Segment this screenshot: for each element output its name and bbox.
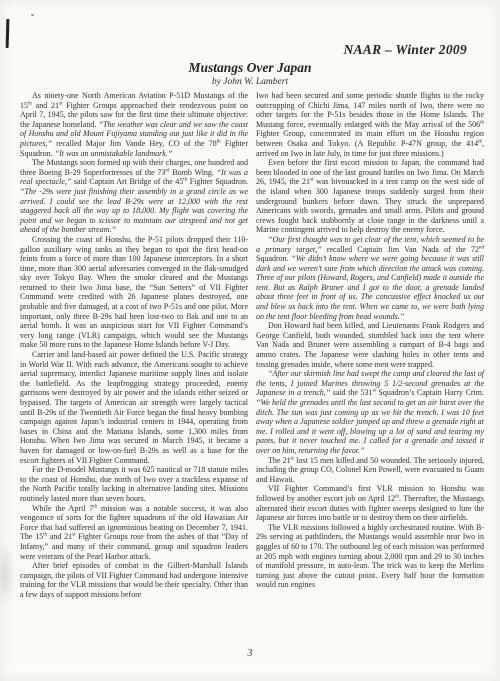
- paragraph: VII Fighter Command’s first VLR mission …: [256, 484, 484, 522]
- paragraph: Iwo had been secured and some periodic s…: [256, 91, 484, 158]
- column-left: As ninety-one North American Aviation P-…: [20, 91, 248, 599]
- paragraph: As ninety-one North American Aviation P-…: [20, 91, 248, 158]
- paragraph: Carrier and land-based air power defined…: [20, 350, 248, 465]
- paragraph: Don Howard had been killed, and Lieutena…: [256, 321, 484, 369]
- journal-masthead: NAAR – Winter 2009: [0, 42, 467, 58]
- paragraph: The VLR missions followed a highly orche…: [256, 523, 484, 590]
- article-title: Mustangs Over Japan: [0, 60, 500, 76]
- paragraph: After brief episodes of combat in the Gi…: [20, 561, 248, 599]
- article-body: As ninety-one North American Aviation P-…: [20, 91, 484, 599]
- scan-artifact-smudge: [0, 540, 16, 610]
- paragraph: Even before the first escort mission to …: [256, 158, 484, 235]
- paragraph: While the April 7th mission was a notabl…: [20, 504, 248, 562]
- paragraph: For the D-model Mustangs it was 625 naut…: [20, 465, 248, 503]
- scan-artifact-dot: [31, 14, 34, 16]
- article-byline: by John W. Lambert: [0, 77, 500, 87]
- paragraph: “After our skirmish line had swept the c…: [256, 369, 484, 455]
- paragraph: Crossing the coast of Honshu, the P-51 p…: [20, 235, 248, 350]
- paragraph: The 21st lost 15 men killed and 50 wound…: [256, 456, 484, 485]
- column-right: Iwo had been secured and some periodic s…: [256, 91, 484, 599]
- page-number: 3: [0, 648, 500, 659]
- paragraph: The Mustangs soon formed up with their c…: [20, 158, 248, 235]
- paragraph: “Our first thought was to get clear of t…: [256, 235, 484, 321]
- scanned-document-page: NAAR – Winter 2009 Mustangs Over Japan b…: [0, 0, 500, 681]
